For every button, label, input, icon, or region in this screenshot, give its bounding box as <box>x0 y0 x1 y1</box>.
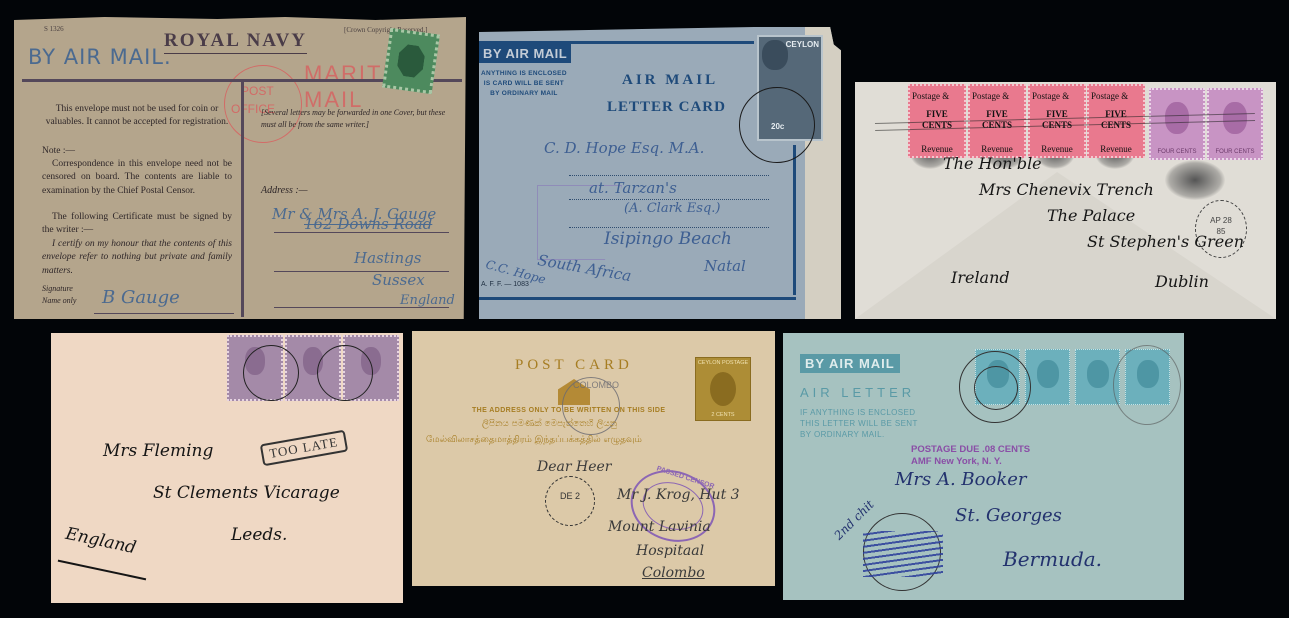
address-line: Dublin <box>1155 272 1209 291</box>
lilac-stamp: FOUR CENTS <box>1149 88 1205 160</box>
passed-censor-mark: PASSED CENSOR <box>621 459 724 552</box>
circular-datestamp <box>243 345 299 401</box>
postage-stamp <box>382 28 440 94</box>
address-line: The Palace <box>1047 206 1135 225</box>
address-line: Natal <box>704 257 746 275</box>
address-line: Hastings <box>354 249 422 267</box>
address-line: Mr J. Krog, Hut 3 <box>617 487 740 503</box>
certificate-text: The following Certificate must be signed… <box>42 211 232 238</box>
imprinted-stamp: CEYLON POSTAGE 2 CENTS <box>695 357 751 421</box>
enclosure-warning: IF ANYTHING IS ENCLOSED THIS LETTER WILL… <box>800 407 918 440</box>
envelope-title: ROYAL NAVY <box>164 30 307 54</box>
tamil-instruction: மேல்விலாசத்தைமாத்திரம் இந்தப்பக்கத்தில் … <box>426 435 642 446</box>
ceylon-stamp <box>1025 349 1070 405</box>
enclosure-warning: ANYTHING IS ENCLOSED IS CARD WILL BE SEN… <box>481 69 567 99</box>
address-line: Mrs Chenevix Trench <box>979 180 1154 199</box>
air-mail-letter-card: BY AIR MAIL ANYTHING IS ENCLOSED IS CARD… <box>479 27 841 319</box>
circular-datestamp <box>317 345 373 401</box>
divider-vertical <box>241 79 244 317</box>
date-postmark: DE 2 <box>545 476 595 526</box>
several-letters-note: [Several letters may be forwarded in one… <box>261 107 461 131</box>
address-line: Leeds. <box>231 525 287 545</box>
address-line: The Hon'ble <box>943 154 1042 173</box>
heading-air-mail: AIR MAIL <box>622 72 718 89</box>
destination-country: Ireland <box>951 268 1010 287</box>
address-line: Bermuda. <box>1003 547 1102 571</box>
king-portrait-icon <box>762 40 788 70</box>
lilac-stamp: FOUR CENTS <box>1207 88 1263 160</box>
bermuda-air-letter: BY AIR MAIL AIR LETTER IF ANYTHING IS EN… <box>783 333 1184 600</box>
certify-text: I certify on my honour that the contents… <box>42 238 232 278</box>
air-letter-title: AIR LETTER <box>800 385 915 400</box>
colombo-datestamp-partial <box>1113 345 1181 425</box>
too-late-handstamp: TOO LATE <box>260 430 348 467</box>
postage-due-handstamp: POSTAGE DUE .08 CENTS AMF New York, N. Y… <box>911 444 1030 468</box>
address-line: at. Tarzan's <box>589 179 677 197</box>
address-line: England <box>400 293 455 308</box>
address-line: Hospitaal <box>636 543 704 559</box>
address-label: Address :— <box>261 185 308 196</box>
notice-text: This envelope must not be used for coin … <box>42 103 232 130</box>
pen-scribble <box>863 531 943 577</box>
address-line: C. D. Hope Esq. M.A. <box>544 139 704 157</box>
king-portrait-icon <box>1087 360 1109 388</box>
heading-letter-card: LETTER CARD <box>607 99 726 116</box>
meter-postmark: POST OFFICE <box>224 65 302 143</box>
colombo-datestamp <box>959 351 1031 423</box>
address-line: Mrs A. Booker <box>895 469 1027 490</box>
address-line: St. Georges <box>955 505 1062 526</box>
address-line: Mount Lavinia <box>608 519 711 535</box>
signature-labels: Signature Name only <box>42 283 76 307</box>
post-card-title: POST CARD <box>515 357 633 374</box>
address-line: (A. Clark Esq.) <box>624 201 721 216</box>
note-text: Correspondence in this envelope need not… <box>42 158 232 198</box>
royal-navy-envelope: S 1326 ROYAL NAVY [Crown Copyright Reser… <box>14 17 466 319</box>
address-line: St Stephen's Green <box>1087 232 1244 251</box>
form-number: S 1326 <box>44 25 64 33</box>
king-portrait-icon <box>396 43 426 78</box>
sinhala-instruction: ලිපිනය පමණක් මෙපැත්තෙහි ලියනු <box>482 419 617 429</box>
address-line: Mrs Fleming <box>103 441 213 461</box>
note-label: Note :— <box>42 145 232 158</box>
form-code: A. F. F. — 1083 <box>481 281 529 288</box>
ceylon-post-card: POST CARD COLOMBO THE ADDRESS ONLY TO BE… <box>412 331 775 586</box>
signature-line <box>94 313 234 314</box>
address-line: Sussex <box>372 271 425 289</box>
address-line: Colombo <box>642 565 705 581</box>
address-line: Isipingo Beach <box>604 229 732 249</box>
address-line: 162 Downs Road <box>304 215 432 233</box>
by-air-mail-label: BY AIR MAIL <box>479 44 571 63</box>
address-line: St Clements Vicarage <box>153 483 340 503</box>
manuscript-airmail: BY AIR MAIL. <box>28 45 172 69</box>
greeting: Dear Heer <box>537 459 611 475</box>
ireland-cover: Postage & FIVECENTS Revenue Postage & FI… <box>855 82 1276 319</box>
address-instruction: THE ADDRESS ONLY TO BE WRITTEN ON THIS S… <box>472 407 665 414</box>
circular-datestamp <box>739 87 815 163</box>
queen-portrait-icon <box>710 372 736 406</box>
by-air-mail-label: BY AIR MAIL <box>800 354 900 373</box>
signature: B Gauge <box>102 287 180 308</box>
destination-country: England <box>64 524 138 558</box>
leeds-cover: TOO LATE Mrs Fleming St Clements Vicarag… <box>51 333 403 603</box>
king-portrait-icon <box>1037 360 1059 388</box>
